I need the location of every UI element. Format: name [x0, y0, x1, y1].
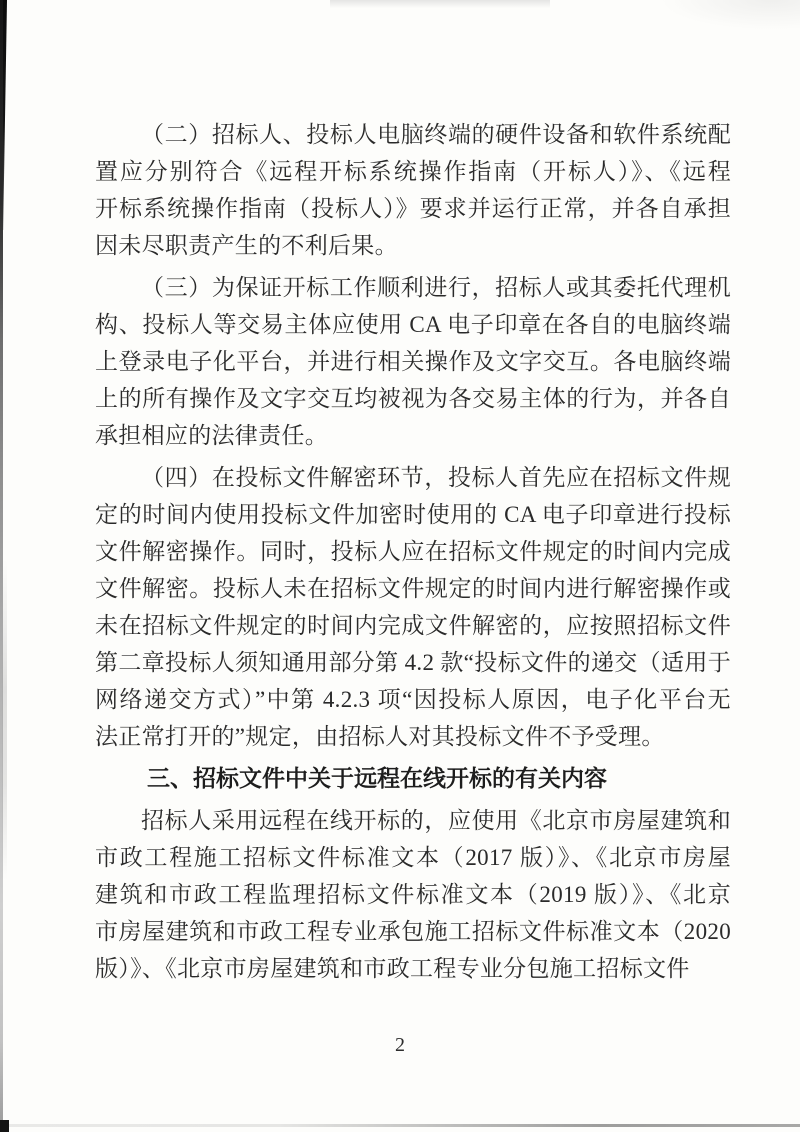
- text-line: （三）为保证开标工作顺利进行，招标人或其委托代理机: [95, 269, 731, 306]
- text-line: 因未尽职责产生的不利后果。: [95, 227, 731, 264]
- text-line: 第二章投标人须知通用部分第 4.2 款“投标文件的递交（适用于: [95, 644, 731, 681]
- text-line: 市政工程施工招标文件标准文本（2017 版）》、《北京市房屋: [95, 839, 731, 876]
- text-line: 招标人采用远程在线开标的，应使用《北京市房屋建筑和: [95, 802, 731, 839]
- text-line: 置应分别符合《远程开标系统操作指南（开标人）》、《远程: [95, 153, 731, 190]
- text-line: 建筑和市政工程监理招标文件标准文本（2019 版）》、《北京: [95, 876, 731, 913]
- scan-artifact-top-smudge: [330, 0, 550, 8]
- page-number: 2: [0, 1034, 800, 1057]
- text-line: 网络递交方式）”中第 4.2.3 项“因投标人原因，电子化平台无: [95, 681, 731, 718]
- text-line: 市房屋建筑和市政工程专业承包施工招标文件标准文本（2020: [95, 913, 731, 950]
- text-line: 承担相应的法律责任。: [95, 417, 731, 454]
- scan-artifact-top-right-smudge: [660, 0, 800, 30]
- text-line: 开标系统操作指南（投标人）》要求并运行正常，并各自承担: [95, 190, 731, 227]
- text-line: 上登录电子化平台，并进行相关操作及文字交互。各电脑终端: [95, 343, 731, 380]
- text-line: （二）招标人、投标人电脑终端的硬件设备和软件系统配: [95, 116, 731, 153]
- text-line: 法正常打开的”规定，由招标人对其投标文件不予受理。: [95, 718, 731, 755]
- scan-artifact-bottom-shadow: [0, 1124, 800, 1127]
- document-body: （二）招标人、投标人电脑终端的硬件设备和软件系统配置应分别符合《远程开标系统操作…: [95, 116, 731, 987]
- text-line: 上的所有操作及文字交互均被视为各交易主体的行为，并各自: [95, 380, 731, 417]
- scanned-document-page: （二）招标人、投标人电脑终端的硬件设备和软件系统配置应分别符合《远程开标系统操作…: [0, 0, 800, 1132]
- scan-artifact-left-smudge: [2, 560, 7, 880]
- text-line: 版）》、《北京市房屋建筑和市政工程专业分包施工招标文件: [95, 950, 731, 987]
- scan-artifact-bottom-left-corner: [0, 1120, 9, 1132]
- text-line: 文件解密。投标人未在招标文件规定的时间内进行解密操作或: [95, 570, 731, 607]
- text-line: 未在招标文件规定的时间内完成文件解密的，应按照招标文件: [95, 607, 731, 644]
- text-line: 文件解密操作。同时，投标人应在招标文件规定的时间内完成: [95, 533, 731, 570]
- section-heading: 三、招标文件中关于远程在线开标的有关内容: [95, 760, 731, 797]
- text-line: 构、投标人等交易主体应使用 CA 电子印章在各自的电脑终端: [95, 306, 731, 343]
- text-line: 定的时间内使用投标文件加密时使用的 CA 电子印章进行投标: [95, 496, 731, 533]
- text-line: （四）在投标文件解密环节，投标人首先应在招标文件规: [95, 459, 731, 496]
